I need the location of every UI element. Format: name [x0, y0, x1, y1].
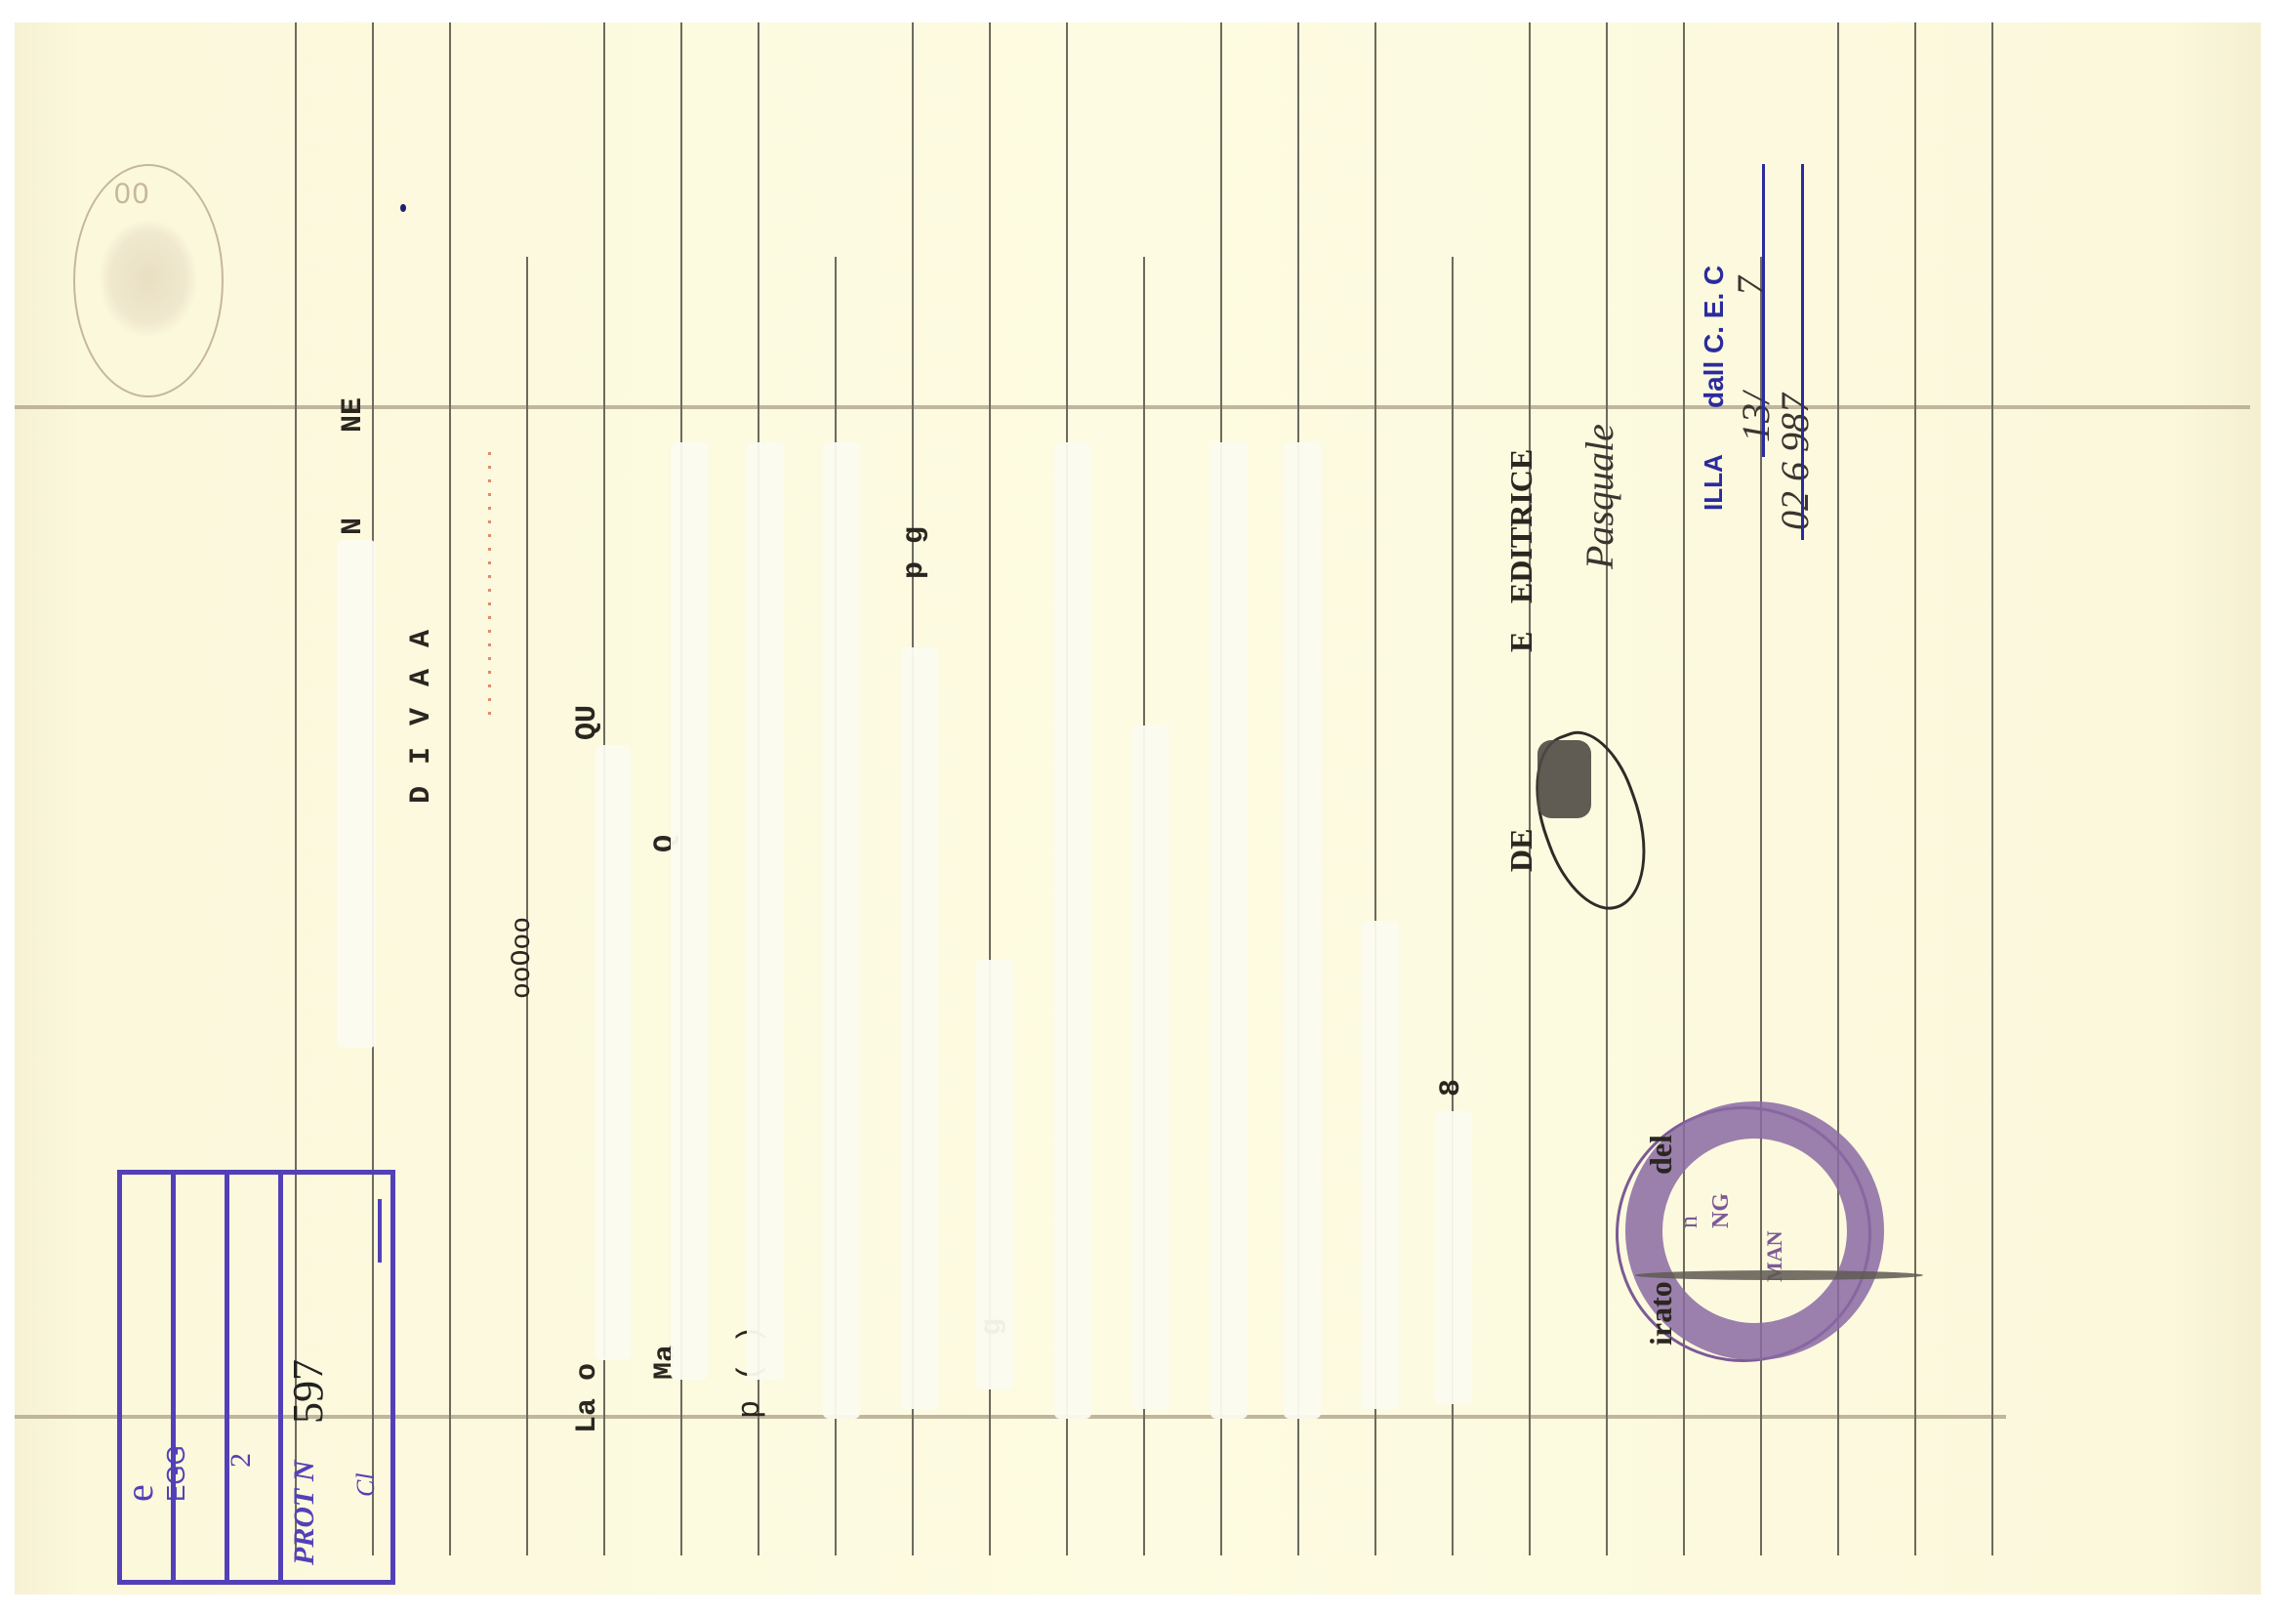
registration-underline: [1801, 164, 1804, 540]
redacted-text: [671, 442, 708, 1380]
protocol-stamp-row2: 2: [225, 1453, 258, 1468]
visto-signature-stroke: [1635, 1270, 1923, 1280]
revenue-stamp: 00: [73, 164, 224, 397]
protocol-stamp: e EGG 2 PROT N 597 Cl: [117, 1170, 395, 1585]
ruled-line: [1991, 22, 1993, 1555]
visto-inner-ng: NG: [1708, 1193, 1735, 1228]
redacted-text: [595, 745, 631, 1360]
redacted-text: [823, 442, 860, 1419]
signature-letter-e: E: [1503, 632, 1539, 652]
signature-redaction: [1537, 740, 1591, 818]
ruled-line: [449, 22, 451, 1555]
redacted-text: [901, 647, 938, 1409]
ruled-line: [1529, 22, 1531, 1555]
registration-prefix: ILLA: [1699, 454, 1729, 511]
redacted-text: [1284, 442, 1321, 1419]
revenue-stamp-figure-icon: [100, 220, 197, 337]
redacted-text: [337, 540, 376, 1048]
signature-title: EDITRICE: [1503, 449, 1539, 603]
registration-stamp-text: dall C. E. C: [1699, 266, 1730, 408]
protocol-ink-mark: [378, 1199, 382, 1263]
ink-dot: [400, 204, 406, 212]
signature-handwritten: Pasquale: [1577, 424, 1622, 569]
redacted-text: [1054, 442, 1091, 1419]
registration-suffix: 7: [1728, 276, 1774, 296]
subheading: D I V A A: [405, 628, 438, 804]
redacted-text: [1132, 725, 1169, 1409]
ruled-line: [526, 257, 528, 1555]
separator: ooOoo: [508, 917, 538, 999]
signature-prefix: DE: [1503, 829, 1539, 872]
revenue-stamp-value: 00: [114, 178, 150, 211]
body-line-1: La o: [571, 1363, 604, 1433]
redacted-text: [1210, 442, 1248, 1419]
protocol-number: 597: [283, 1359, 333, 1424]
protocol-label: PROT N: [288, 1461, 321, 1566]
redacted-text: [747, 442, 784, 1380]
redacted-text: [1435, 1111, 1472, 1404]
visto-label: irato: [1643, 1281, 1679, 1346]
redacted-text: [976, 960, 1013, 1389]
protocol-stamp-letter: e: [116, 1484, 162, 1502]
body-line-3b: p g: [898, 526, 931, 579]
protocol-stamp-label: EGG: [161, 1445, 191, 1502]
ruled-line: [1914, 22, 1916, 1555]
body-line-5: 8: [1435, 1079, 1468, 1097]
protocol-stamp-row4: Cl: [351, 1472, 381, 1497]
dotted-underline: [488, 452, 491, 725]
heading-ne: NE: [337, 397, 370, 433]
document-page: 00 e EGG 2 PROT N 597 Cl N NE D I V A A …: [15, 22, 2261, 1595]
redacted-text: [1362, 921, 1399, 1409]
visto-number-prefix: del: [1643, 1135, 1679, 1175]
visto-inner-n: n: [1674, 1216, 1703, 1228]
registration-date: 02 6 987: [1772, 394, 1818, 530]
registration-underline: [1762, 164, 1765, 457]
body-line-1b: QU: [571, 705, 604, 740]
heading-n: N: [337, 518, 370, 535]
